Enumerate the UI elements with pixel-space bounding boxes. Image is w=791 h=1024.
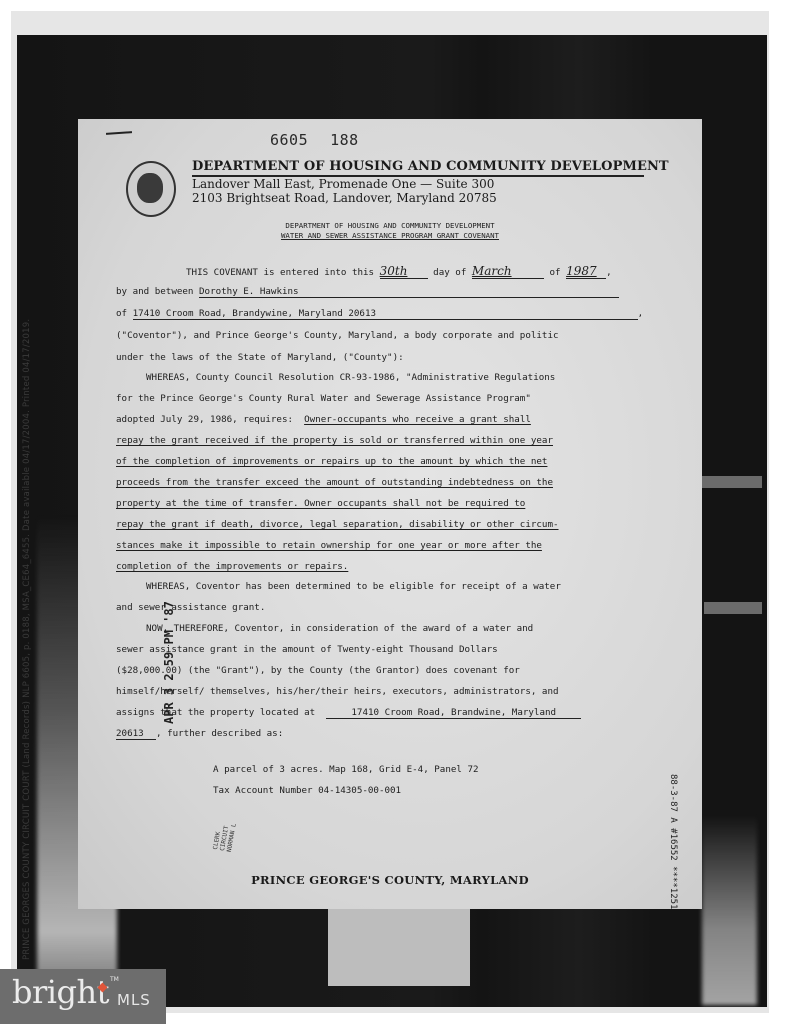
now-therefore-line-1: NOW, THEREFORE, Coventor, in considerati… [146,623,533,634]
covenant-line-4: ("Coventor"), and Prince George's County… [116,330,559,341]
pen-mark [106,131,132,135]
covenant-line-5: under the laws of the State of Maryland,… [116,352,404,363]
receipt-stamp: 88-3-87 A #16552 ****1251 [668,774,678,909]
whereas1-line-3: adopted July 29, 1986, requires: Owner-o… [116,414,531,425]
bottom-tab [328,908,470,986]
letterhead-address-1: Landover Mall East, Promenade One — Suit… [192,177,494,191]
covenant-address-line: of 17410 Croom Road, Brandywine, Marylan… [116,308,643,320]
parcel-line-2: Tax Account Number 04-14305-00-001 [213,785,401,796]
letterhead-address-2: 2103 Brightseat Road, Landover, Maryland… [192,191,497,205]
recording-date-stamp: APR 3 2 59 PM '87 [162,601,176,724]
seal-emblem [137,173,163,203]
whereas2-line-2: and sewer assistance grant. [116,602,265,613]
whereas1-line-7: property at the time of transfer. Owner … [116,498,525,509]
whereas1-line-5: of the completion of improvements or rep… [116,456,547,467]
whereas1-line-9: stances make it impossible to retain own… [116,540,542,551]
whereas1-line-6: proceeds from the transfer exceed the am… [116,477,553,488]
whereas1-line-4: repay the grant received if the property… [116,435,553,446]
now-therefore-line-6: 20613, further described as: [116,728,283,740]
now-therefore-line-5: assigns that the property located at 174… [116,707,581,719]
handwritten-month: March [472,264,544,279]
whereas1-line-10: completion of the improvements or repair… [116,561,348,572]
letterhead-department: DEPARTMENT OF HOUSING AND COMMUNITY DEVE… [192,159,644,177]
logo-wordmark: bright [12,973,109,1011]
handwritten-day: 30th [380,264,428,279]
clip-tab [704,602,762,614]
book-page-number: 6605188 [270,131,381,149]
page-number: 188 [330,131,359,149]
document-title-line2: WATER AND SEWER ASSISTANCE PROGRAM GRANT… [78,231,702,241]
property-address: 17410 Croom Road, Brandwine, Maryland [326,707,581,719]
bright-mls-logo: bright TM MLS [0,969,166,1024]
now-therefore-line-3: ($28,000.00) (the "Grant"), by the Count… [116,665,520,676]
whereas2-line-1: WHEREAS, Coventor has been determined to… [146,581,561,592]
covenant-parties-line: by and between Dorothy E. Hawkins [116,286,619,298]
coventor-address: 17410 Croom Road, Brandywine, Maryland 2… [133,308,638,320]
parcel-line-1: A parcel of 3 acres. Map 168, Grid E-4, … [213,764,479,775]
whereas1-line-2: for the Prince George's County Rural Wat… [116,393,531,404]
document-title: DEPARTMENT OF HOUSING AND COMMUNITY DEVE… [78,221,702,241]
logo-trademark: TM [110,976,119,983]
clerk-stamp: CLERK CIRCUIT NORMAN L [212,821,238,853]
now-therefore-line-4: himself/herself/ themselves, his/her/the… [116,686,559,697]
whereas1-line-8: repay the grant if death, divorce, legal… [116,519,559,530]
handwritten-year: 1987 [566,264,606,279]
book-number: 6605 [270,131,308,149]
clip-tab [702,476,762,488]
scan-artifact [702,815,757,1005]
document-title-line1: DEPARTMENT OF HOUSING AND COMMUNITY DEVE… [78,221,702,231]
whereas1-line-1: WHEREAS, County Council Resolution CR-93… [146,372,555,383]
document-footer: PRINCE GEORGE'S COUNTY, MARYLAND [78,873,702,887]
county-seal-icon [126,161,176,217]
record-watermark: PRINCE GEORGES COUNTY CIRCUIT COURT (Lan… [22,319,32,960]
covenant-document: 6605188 DEPARTMENT OF HOUSING AND COMMUN… [78,119,702,909]
coventor-name: Dorothy E. Hawkins [199,286,619,298]
logo-suffix: MLS [117,991,151,1009]
covenant-intro-line: THIS COVENANT is entered into this 30th … [186,264,612,279]
property-zip: 20613 [116,728,156,740]
